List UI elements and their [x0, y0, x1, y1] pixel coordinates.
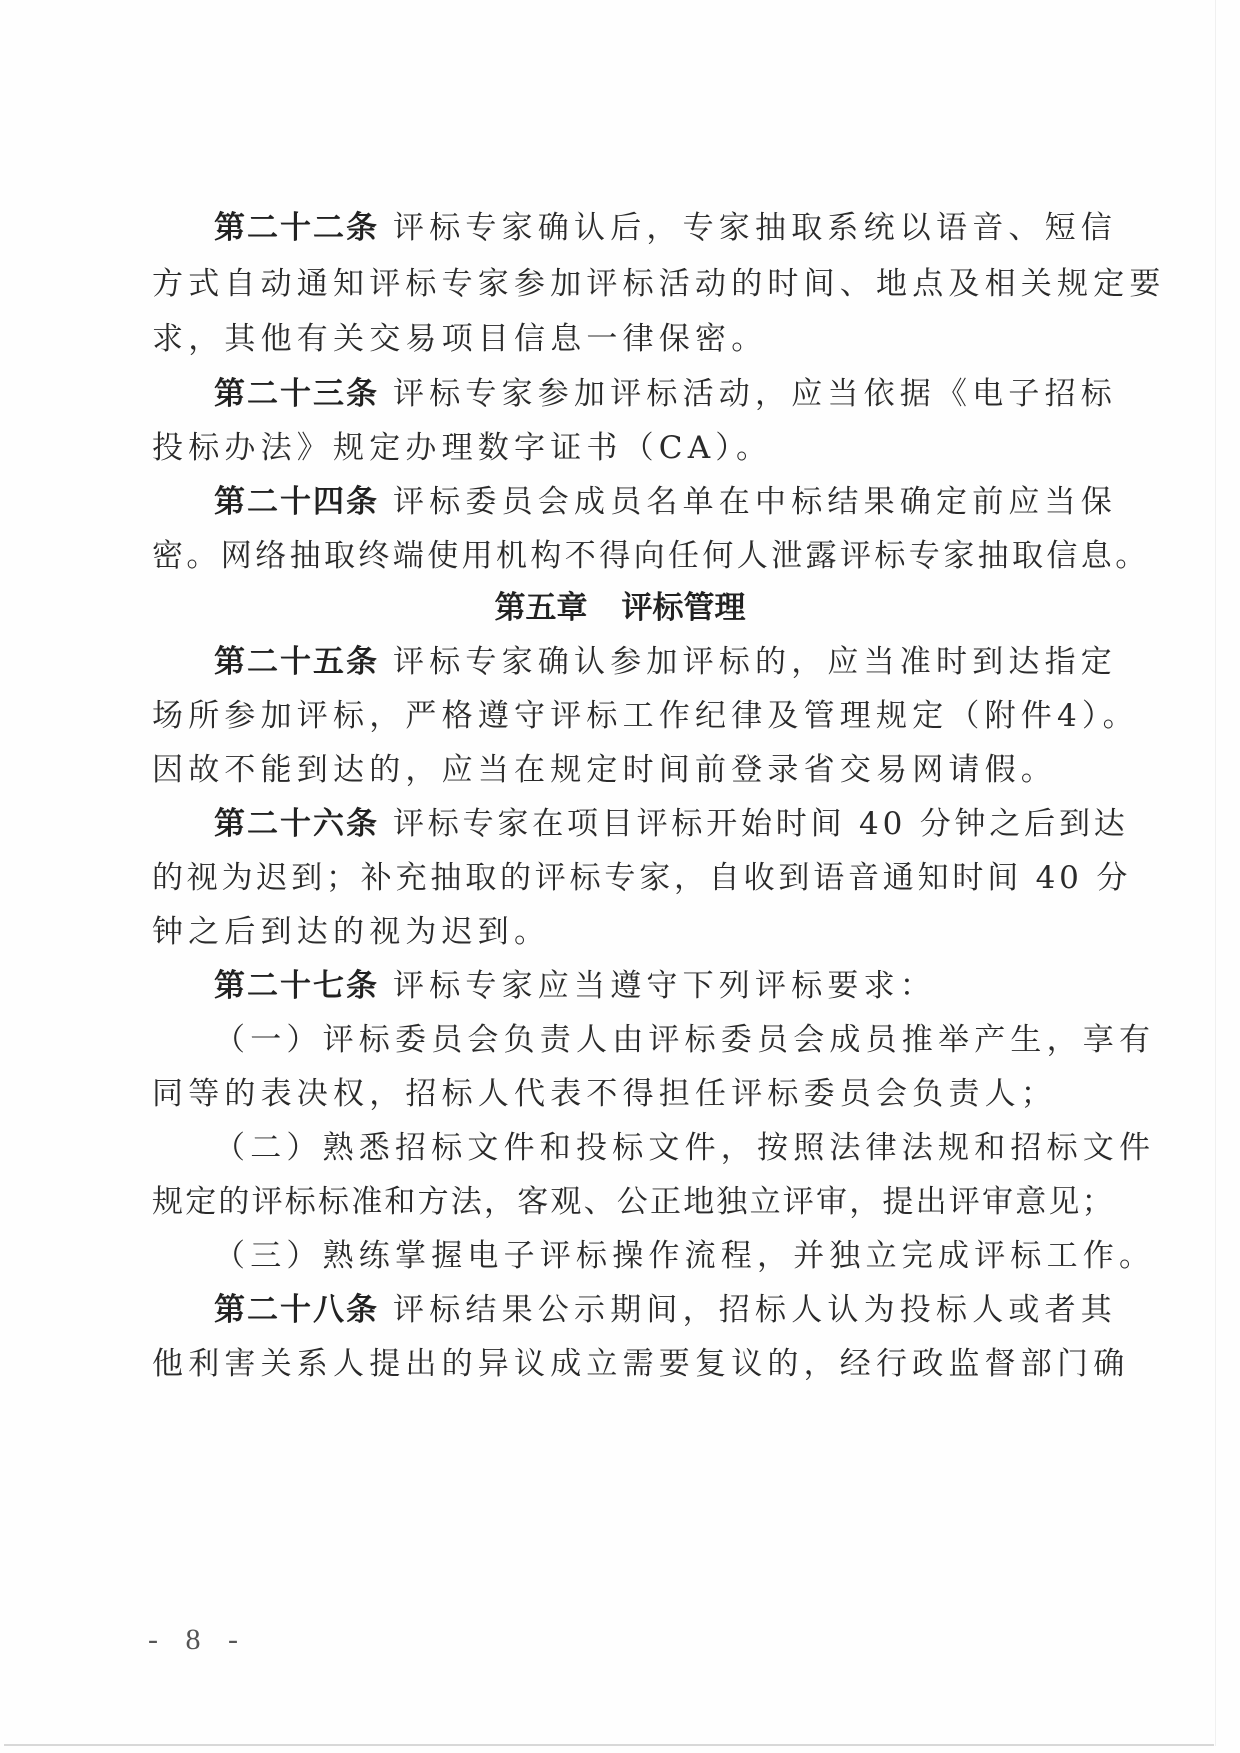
chapter-title: 评标管理: [622, 590, 746, 626]
scan-edge-right: [1215, 0, 1216, 1746]
article-23-line-1: 第二十三条评标专家参加评标活动，应当依据《电子招标: [214, 370, 1082, 418]
article-22-line-3: 求，其他有关交易项目信息一律保密。: [152, 315, 1082, 363]
article-text: 评标专家参加评标活动，应当依据《电子招标: [393, 376, 1117, 412]
article-28-line-1: 第二十八条评标结果公示期间，招标人认为投标人或者其: [214, 1286, 1082, 1334]
article-text: 评标专家应当遵守下列评标要求：: [393, 968, 936, 1004]
article-25-line-3: 因故不能到达的，应当在规定时间前登录省交易网请假。: [152, 746, 1082, 794]
article-27-line-1: 第二十七条评标专家应当遵守下列评标要求：: [214, 962, 1082, 1010]
article-22-line-1: 第二十二条评标专家确认后，专家抽取系统以语音、短信: [214, 204, 1082, 252]
article-number: 第二十三条: [214, 376, 379, 412]
article-27-item-2-line-1: （二）熟悉招标文件和投标文件，按照法律法规和招标文件: [214, 1124, 1082, 1172]
article-26-line-3: 钟之后到达的视为迟到。: [152, 908, 1082, 956]
chapter-number: 第五章: [495, 590, 588, 626]
article-25-line-1: 第二十五条评标专家确认参加评标的，应当准时到达指定: [214, 638, 1082, 686]
article-text: 评标专家在项目评标开始时间 40 分钟之后到达: [393, 806, 1129, 842]
article-23-line-2: 投标办法》规定办理数字证书（CA）。: [152, 424, 1082, 472]
article-text: 评标专家确认后，专家抽取系统以语音、短信: [393, 210, 1117, 246]
article-number: 第二十六条: [214, 806, 379, 842]
article-27-item-2-line-2: 规定的评标标准和方法，客观、公正地独立评审，提出评审意见；: [152, 1178, 1082, 1226]
article-text: 评标专家确认参加评标的，应当准时到达指定: [393, 644, 1117, 680]
article-27-item-1-line-1: （一）评标委员会负责人由评标委员会成员推举产生，享有: [214, 1016, 1082, 1064]
article-22-line-2: 方式自动通知评标专家参加评标活动的时间、地点及相关规定要: [152, 260, 1082, 308]
article-number: 第二十五条: [214, 644, 379, 680]
article-25-line-2: 场所参加评标，严格遵守评标工作纪律及管理规定（附件4）。: [152, 692, 1082, 740]
article-26-line-2: 的视为迟到；补充抽取的评标专家，自收到语音通知时间 40 分: [152, 854, 1082, 902]
article-24-line-2: 密。网络抽取终端使用机构不得向任何人泄露评标专家抽取信息。: [152, 532, 1082, 580]
article-27-item-3-line-1: （三）熟练掌握电子评标操作流程，并独立完成评标工作。: [214, 1232, 1082, 1280]
article-27-item-1-line-2: 同等的表决权，招标人代表不得担任评标委员会负责人；: [152, 1070, 1082, 1118]
page-number: - 8 -: [148, 1620, 248, 1660]
article-number: 第二十七条: [214, 968, 379, 1004]
article-number: 第二十二条: [214, 210, 379, 246]
article-text: 评标结果公示期间，招标人认为投标人或者其: [393, 1292, 1117, 1328]
document-page: 第二十二条评标专家确认后，专家抽取系统以语音、短信 方式自动通知评标专家参加评标…: [0, 0, 1240, 1753]
article-28-line-2: 他利害关系人提出的异议成立需要复议的，经行政监督部门确: [152, 1340, 1082, 1388]
article-number: 第二十四条: [214, 484, 379, 520]
chapter-heading: 第五章评标管理: [0, 584, 1240, 632]
scan-edge-bottom: [4, 1744, 1214, 1746]
article-26-line-1: 第二十六条评标专家在项目评标开始时间 40 分钟之后到达: [214, 800, 1082, 848]
article-text: 评标委员会成员名单在中标结果确定前应当保: [393, 484, 1117, 520]
article-number: 第二十八条: [214, 1292, 379, 1328]
article-24-line-1: 第二十四条评标委员会成员名单在中标结果确定前应当保: [214, 478, 1082, 526]
